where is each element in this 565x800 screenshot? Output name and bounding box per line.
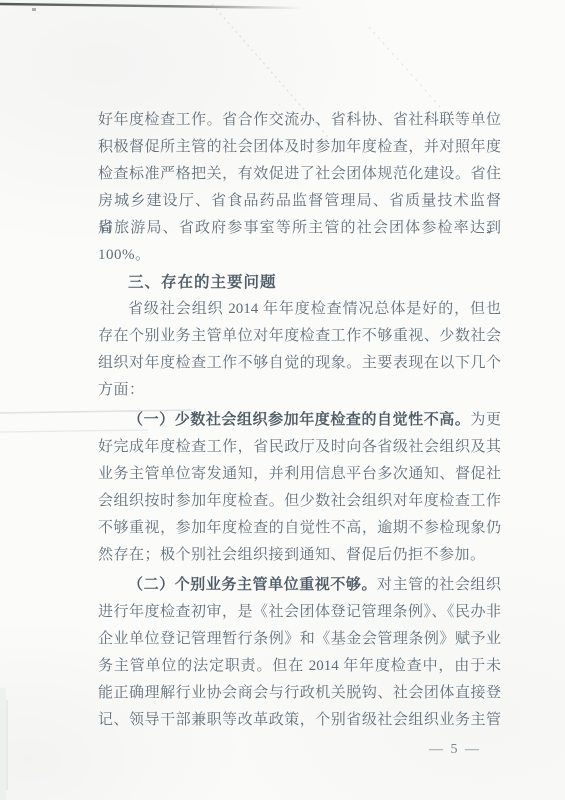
left-edge-streak — [0, 688, 6, 800]
text-line: （一）少数社会组织参加年度检查的自觉性不高。为更 — [98, 407, 501, 434]
text-segment: 不够重视，参加年度检查的自觉性不高，逾期不参检现象仍 — [98, 520, 501, 536]
text-segment: 积极督促所主管的社会团体及时参加年度检查，并对照年度 — [98, 139, 501, 155]
left-edge-streak-shadow — [6, 700, 8, 790]
text-segment: 组织对年度检查工作不够自觉的现象。主要表现在以下几个 — [98, 355, 501, 371]
text-line: 存在个别业务主管单位对年度检查工作不够重视、少数社会 — [98, 323, 501, 350]
document-text-block: 好年度检查工作。省合作交流办、省科协、省社科联等单位积极督促所主管的社会团体及时… — [98, 107, 501, 734]
text-segment: 企业单位登记管理暂行条例》和《基金会管理条例》赋予业 — [98, 631, 501, 647]
top-scan-edge-line — [0, 4, 303, 8]
text-line: 好年度检查工作。省合作交流办、省科协、省社科联等单位 — [98, 107, 501, 134]
text-segment: 务主管单位的法定职责。但在 2014 年年度检查中，由于未 — [98, 658, 501, 674]
text-line: 省旅游局、省政府参事室等所主管的社会团体参检率达到 — [98, 215, 501, 242]
text-segment: 会组织按时参加年度检查。但少数社会组织对年度检查工作 — [98, 493, 501, 509]
text-segment: 方面： — [98, 382, 145, 398]
text-line: 企业单位登记管理暂行条例》和《基金会管理条例》赋予业 — [98, 626, 501, 653]
text-segment: 省级社会组织 2014 年年度检查情况总体是好的，但也 — [128, 301, 501, 317]
text-segment: 检查标准严格把关，有效促进了社会团体规范化建设。省住 — [98, 166, 501, 182]
text-line: 进行年度检查初审，是《社会团体登记管理条例》、《民办非 — [98, 599, 501, 626]
text-line: 组织对年度检查工作不够自觉的现象。主要表现在以下几个 — [98, 350, 501, 377]
text-segment: 存在个别业务主管单位对年度检查工作不够重视、少数社会 — [98, 328, 501, 344]
text-segment: 好完成年度检查工作，省民政厅及时向各省级社会组织及其 — [98, 439, 501, 455]
text-line: 然存在；极个别社会组织接到通知、督促后仍拒不参加。 — [98, 542, 501, 569]
text-line: （二）个别业务主管单位重视不够。对主管的社会组织 — [98, 572, 501, 599]
bold-text-segment: （一）少数社会组织参加年度检查的自觉性不高。 — [128, 412, 470, 428]
text-line: 记、领导干部兼职等改革政策，个别省级社会组织业务主管 — [98, 707, 501, 734]
bold-text-segment: （二）个别业务主管单位重视不够。 — [128, 577, 377, 593]
text-segment: 然存在；极个别社会组织接到通知、督促后仍拒不参加。 — [98, 547, 486, 563]
text-segment: 能正确理解行业协会商会与行政机关脱钩、社会团体直接登 — [98, 685, 501, 701]
text-line: 务主管单位的法定职责。但在 2014 年年度检查中，由于未 — [98, 653, 501, 680]
text-line: 业务主管单位寄发通知，并利用信息平台多次通知、督促社 — [98, 461, 501, 488]
text-line: 100%。 — [98, 242, 501, 269]
text-line: 积极督促所主管的社会团体及时参加年度检查，并对照年度 — [98, 134, 501, 161]
section-heading: 三、存在的主要问题 — [98, 269, 501, 296]
text-line: 能正确理解行业协会商会与行政机关脱钩、社会团体直接登 — [98, 680, 501, 707]
fold-crease-right-icon — [369, 27, 450, 118]
text-segment: 记、领导干部兼职等改革政策，个别省级社会组织业务主管 — [98, 712, 501, 728]
text-segment: 100%。 — [98, 247, 151, 263]
text-line: 检查标准严格把关，有效促进了社会团体规范化建设。省住 — [98, 161, 501, 188]
text-line: 好完成年度检查工作，省民政厅及时向各省级社会组织及其 — [98, 434, 501, 461]
top-left-speck — [32, 8, 36, 11]
text-line: 方面： — [98, 377, 501, 404]
bold-text-segment: 三、存在的主要问题 — [128, 274, 277, 291]
text-line: 会组织按时参加年度检查。但少数社会组织对年度检查工作 — [98, 488, 501, 515]
text-segment: 为更 — [470, 412, 501, 428]
text-line: 房城乡建设厅、省食品药品监督管理局、省质量技术监督局、 — [98, 188, 501, 215]
text-segment: 业务主管单位寄发通知，并利用信息平台多次通知、督促社 — [98, 466, 501, 482]
text-segment: 对主管的社会组织 — [377, 577, 501, 593]
text-segment: 好年度检查工作。省合作交流办、省科协、省社科联等单位 — [98, 112, 501, 128]
text-segment: 进行年度检查初审，是《社会团体登记管理条例》、《民办非 — [98, 604, 501, 620]
text-line: 省级社会组织 2014 年年度检查情况总体是好的，但也 — [98, 296, 501, 323]
page-number: — 5 — — [429, 742, 481, 758]
text-line: 不够重视，参加年度检查的自觉性不高，逾期不参检现象仍 — [98, 515, 501, 542]
text-segment: 省旅游局、省政府参事室等所主管的社会团体参检率达到 — [98, 220, 501, 236]
